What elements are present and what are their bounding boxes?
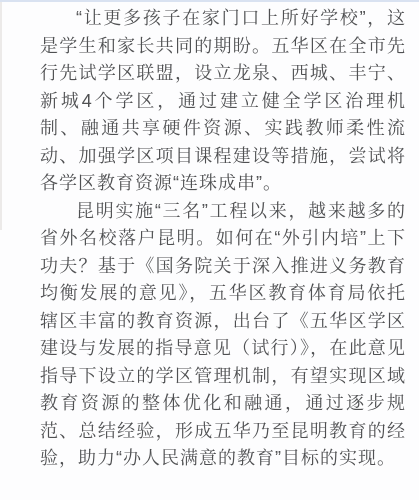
paragraph-2: 昆明实施“三名”工程以来，越来越多的省外名校落户昆明。如何在“外引内培”上下功夫… xyxy=(40,198,406,473)
top-edge-line xyxy=(0,0,419,2)
article-body: “让更多孩子在家门口上所好学校”，这是学生和家长共同的期盼。五华区在全市先行先试… xyxy=(40,5,406,473)
article-page: “让更多孩子在家门口上所好学校”，这是学生和家长共同的期盼。五华区在全市先行先试… xyxy=(0,0,419,500)
left-edge-artifact xyxy=(0,2,2,230)
paragraph-1: “让更多孩子在家门口上所好学校”，这是学生和家长共同的期盼。五华区在全市先行先试… xyxy=(40,5,406,198)
